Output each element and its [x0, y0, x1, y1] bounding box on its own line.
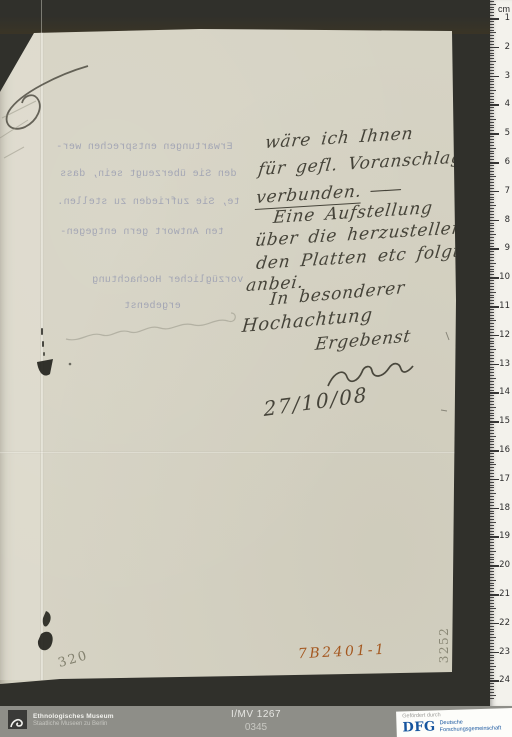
ruler-tick: [490, 436, 496, 437]
ruler-tick: [490, 326, 494, 327]
ruler-tick: [490, 562, 494, 563]
ruler-tick: [490, 240, 494, 241]
ruler-tick: [490, 444, 494, 445]
ruler-tick: [490, 44, 494, 45]
ruler-tick: [490, 248, 499, 250]
ruler-tick: [490, 214, 494, 215]
ruler-tick: [490, 297, 494, 298]
ruler-tick: [490, 456, 494, 457]
ruler-tick: [490, 266, 494, 267]
ruler-tick: [490, 637, 496, 638]
ruler-tick: [490, 312, 494, 313]
ruler-tick: [490, 390, 494, 391]
ruler-number: 21: [499, 589, 510, 599]
ruler-tick: [490, 375, 494, 376]
ruler-tick: [490, 450, 499, 452]
funding-org-line: Forschungsgemeinschaft: [440, 725, 502, 733]
ruler-tick: [490, 617, 494, 618]
ruler-tick: [490, 660, 494, 661]
ruler-tick: [490, 76, 499, 78]
ruler-tick: [490, 557, 494, 558]
ruler-tick: [490, 381, 494, 382]
ruler-tick: [490, 421, 499, 423]
ruler-tick: [490, 269, 494, 270]
ruler-number: 20: [499, 560, 510, 570]
ruler-tick: [490, 306, 499, 308]
ruler-tick: [490, 554, 494, 555]
ruler-tick: [490, 246, 494, 247]
ruler-tick: [490, 185, 494, 186]
handwriting-line: Ergebenst: [314, 326, 412, 355]
ruler-number: 8: [505, 215, 510, 225]
ruler-tick: [490, 640, 494, 641]
ruler-tick: [490, 439, 494, 440]
ruler-tick: [490, 251, 494, 252]
pencil-annotation: 320: [57, 648, 91, 671]
ruler-tick: [490, 81, 494, 82]
ruler-tick: [490, 413, 494, 414]
ruler-tick: [490, 41, 494, 42]
ruler-tick: [490, 692, 494, 693]
ruler-tick: [490, 528, 494, 529]
bleedthrough-line: te, Sie zufrieden zu stellen.: [57, 197, 240, 208]
ruler-tick: [490, 565, 499, 567]
ruler-tick: [490, 597, 494, 598]
ruler-tick: [490, 588, 494, 589]
ruler-tick: [490, 171, 494, 172]
mirrored-signature-stroke: [66, 313, 235, 340]
ruler-tick: [490, 38, 494, 39]
ruler-tick: [490, 606, 494, 607]
ruler-tick: [490, 332, 494, 333]
ruler-number: 14: [499, 387, 510, 397]
ruler-number: 1: [505, 13, 510, 23]
ruler-tick: [490, 53, 494, 54]
ruler-tick: [490, 493, 496, 494]
ruler-tick: [490, 295, 494, 296]
ruler-tick: [490, 367, 494, 368]
ruler-number: 10: [499, 272, 510, 282]
handwriting-line: wäre ich Ihnen: [264, 124, 414, 153]
ruler-tick: [490, 683, 494, 684]
scanner-artifact-line: [41, 0, 42, 36]
ruler-tick: [490, 202, 494, 203]
ruler-tick: [490, 61, 496, 62]
ruler-tick: [490, 136, 494, 137]
ruler-tick: [490, 27, 494, 28]
ruler-tick: [490, 623, 499, 625]
ruler-tick: [490, 551, 496, 552]
ruler-tick: [490, 689, 494, 690]
ruler-tick: [490, 369, 494, 370]
ruler-number: 18: [499, 503, 510, 513]
footer-bar: Ethnologisches Museum Staatliche Museen …: [0, 706, 512, 737]
ruler-number: 15: [499, 416, 510, 426]
ruler-tick: [490, 9, 494, 10]
ruler-tick: [490, 600, 494, 601]
ruler-tick: [490, 231, 494, 232]
ruler-tick: [490, 663, 494, 664]
ruler-tick: [490, 404, 494, 405]
ruler-tick: [490, 254, 494, 255]
ruler-tick: [490, 142, 494, 143]
funding-org-name: Deutsche Forschungsgemeinschaft: [439, 718, 501, 733]
ruler-tick: [490, 459, 494, 460]
ruler-tick: [490, 30, 494, 31]
ruler-tick: [490, 594, 499, 596]
ruler-tick: [490, 338, 494, 339]
ruler-tick: [490, 243, 494, 244]
ruler-tick: [490, 490, 494, 491]
ruler-tick: [490, 626, 494, 627]
ruler-tick: [490, 424, 494, 425]
ruler-tick: [490, 87, 494, 88]
ruler-tick: [490, 464, 496, 465]
ruler-tick: [490, 208, 494, 209]
ruler-tick: [490, 300, 494, 301]
ruler-tick: [490, 631, 494, 632]
ruler-number: 22: [499, 618, 510, 628]
ruler-tick: [490, 467, 494, 468]
ruler-tick: [490, 257, 494, 258]
ruler-tick: [490, 133, 499, 135]
ruler-tick: [490, 580, 496, 581]
ruler-tick: [490, 323, 494, 324]
ruler-tick: [490, 395, 494, 396]
ruler-tick: [490, 4, 496, 5]
ruler-tick: [490, 188, 494, 189]
ruler-tick: [490, 289, 494, 290]
ruler-tick: [490, 415, 494, 416]
ruler-tick: [490, 199, 494, 200]
ruler-tick: [490, 536, 499, 538]
ruler-tick: [490, 672, 494, 673]
ruler-tick: [490, 508, 499, 510]
ruler-tick: [490, 79, 494, 80]
ruler-tick: [490, 7, 494, 8]
ruler-tick: [490, 73, 494, 74]
ruler-tick: [490, 55, 494, 56]
ruler-tick: [490, 559, 494, 560]
ruler-tick: [490, 487, 494, 488]
ruler-tick: [490, 479, 499, 481]
ruler-tick: [490, 197, 494, 198]
ruler-tick: [490, 260, 494, 261]
inventory-annotation: 7B2401-1: [298, 642, 387, 663]
ruler-tick: [490, 548, 494, 549]
ruler-tick: [490, 545, 494, 546]
ruler-tick: [490, 378, 496, 379]
ruler-tick: [490, 168, 494, 169]
ruler-tick: [490, 614, 494, 615]
ruler-tick: [490, 119, 496, 120]
ruler-tick: [490, 516, 494, 517]
ruler-tick: [490, 349, 496, 350]
ruler-tick: [490, 47, 499, 49]
ruler-tick: [490, 473, 494, 474]
ruler-tick: [490, 513, 494, 514]
ruler-tick: [490, 50, 494, 51]
ruler-tick: [490, 102, 494, 103]
ruler-tick: [490, 453, 494, 454]
ruler-tick: [490, 695, 496, 696]
ruler-tick: [490, 165, 494, 166]
ruler-tick: [490, 263, 496, 264]
ruler-tick: [490, 176, 496, 177]
ruler-tick: [490, 286, 494, 287]
scan-viewport: Erwartungen entsprechen wer- den Sie übe…: [0, 0, 512, 737]
ruler-tick: [490, 32, 496, 33]
horizontal-fold-crease: [0, 451, 456, 454]
letter-page: Erwartungen entsprechen wer- den Sie übe…: [0, 0, 512, 737]
ruler-tick: [490, 194, 494, 195]
ruler-number: 17: [499, 474, 510, 484]
ruler-tick: [490, 303, 494, 304]
ruler-number: 24: [499, 675, 510, 685]
ruler-tick: [490, 335, 499, 337]
ruler-number: 13: [499, 359, 510, 369]
ruler-number: 9: [505, 243, 510, 253]
ruler-tick: [490, 410, 494, 411]
ruler-tick: [490, 583, 494, 584]
bleedthrough-line: ergebenst: [124, 301, 181, 312]
ruler-tick: [490, 669, 494, 670]
ruler-tick: [490, 139, 494, 140]
ruler-tick: [490, 1, 494, 2]
pen-tick: [441, 332, 449, 411]
ruler-tick: [490, 407, 496, 408]
ruler-tick: [490, 217, 494, 218]
ruler-tick: [490, 646, 494, 647]
ruler-tick: [490, 372, 494, 373]
ruler-tick: [490, 496, 494, 497]
ink-speck: [69, 363, 72, 366]
ruler-tick: [490, 228, 494, 229]
ruler-tick: [490, 511, 494, 512]
ruler-tick: [490, 223, 494, 224]
ruler-tick: [490, 174, 494, 175]
ruler-tick: [490, 346, 494, 347]
ruler-tick: [490, 237, 494, 238]
ruler-tick: [490, 205, 496, 206]
ruler-number: 2: [505, 42, 510, 52]
ruler-tick: [490, 58, 494, 59]
ruler-tick: [490, 122, 494, 123]
ruler-tick: [490, 502, 494, 503]
funding-logo-block: Gefördert durch DFG Deutsche Forschungsg…: [396, 708, 512, 737]
ruler-tick: [490, 156, 494, 157]
ruler-tick: [490, 603, 494, 604]
ruler-tick: [490, 427, 494, 428]
ruler-tick: [490, 462, 494, 463]
ruler-tick: [490, 220, 499, 222]
ruler-number: 7: [505, 186, 510, 196]
ruler-tick: [490, 84, 494, 85]
ruler-tick: [490, 64, 494, 65]
ruler-tick: [490, 280, 494, 281]
ruler-tick: [490, 12, 494, 13]
ruler-tick: [490, 430, 494, 431]
ruler-tick: [490, 392, 499, 394]
ruler-tick: [490, 666, 496, 667]
ruler-tick: [490, 110, 494, 111]
ruler-tick: [490, 482, 494, 483]
bleedthrough-line: den Sie überzeugt sein, dass: [60, 169, 236, 180]
ruler-tick: [490, 505, 494, 506]
ruler-tick: [490, 401, 494, 402]
ruler-tick: [490, 343, 494, 344]
ruler-tick: [490, 358, 494, 359]
ruler-tick: [490, 182, 494, 183]
ruler-tick: [490, 99, 494, 100]
ruler-tick: [490, 320, 496, 321]
ruler-tick: [490, 292, 496, 293]
ruler-tick: [490, 499, 494, 500]
ruler-tick: [490, 107, 494, 108]
ruler-tick: [490, 634, 494, 635]
ruler-tick: [490, 21, 494, 22]
ruler-tick: [490, 153, 494, 154]
ruler-tick: [490, 90, 496, 91]
handwritten-date: 27/10/08: [263, 382, 369, 421]
ruler-number: 19: [499, 531, 510, 541]
ruler-tick: [490, 93, 494, 94]
bleedthrough-line: Erwartungen entsprechen wer-: [56, 142, 232, 153]
ruler-tick: [490, 680, 499, 682]
ruler-tick: [490, 329, 494, 330]
ruler-number: 12: [499, 330, 510, 340]
ruler-tick: [490, 698, 494, 699]
ruler-tick: [490, 309, 494, 310]
ruler-tick: [490, 159, 494, 160]
ruler-tick: [490, 145, 494, 146]
ruler-tick: [490, 127, 494, 128]
ruler-tick: [490, 148, 496, 149]
ruler-tick: [490, 649, 494, 650]
ruler-number: 3: [505, 71, 510, 81]
ruler-number: 6: [505, 157, 510, 167]
ruler-tick: [490, 18, 499, 20]
ruler-tick: [490, 96, 494, 97]
ruler-tick: [490, 352, 494, 353]
vertical-fold-crease: [40, 30, 44, 680]
ruler-tick: [490, 225, 494, 226]
ruler-tick: [490, 574, 494, 575]
ruler-tick: [490, 125, 494, 126]
ruler-tick: [490, 441, 494, 442]
ruler-tick: [490, 643, 494, 644]
ruler-tick: [490, 542, 494, 543]
ruler-tick: [490, 361, 494, 362]
ruler-tick: [490, 162, 499, 164]
signature-stroke: [328, 364, 413, 386]
ruler-tick: [490, 274, 494, 275]
paper-left-tone: [0, 30, 42, 680]
ruler-tick: [490, 519, 494, 520]
bleedthrough-line: ten Antwort gern entgegen-: [60, 227, 224, 238]
ruler-tick: [490, 485, 494, 486]
ruler-tick: [490, 418, 494, 419]
ruler-tick: [490, 525, 494, 526]
ruler-tick: [490, 116, 494, 117]
ruler-tick: [490, 433, 494, 434]
ruler-tick: [490, 522, 496, 523]
bleedthrough-line: vorzüglicher Hochachtung: [92, 275, 243, 286]
ruler-tick: [490, 15, 494, 16]
ruler-tick: [490, 283, 494, 284]
ruler-tick: [490, 277, 499, 279]
ruler-tick: [490, 191, 499, 193]
ruler-tick: [490, 113, 494, 114]
ruler-tick: [490, 104, 499, 106]
ruler-tick: [490, 70, 494, 71]
ruler-tick: [490, 355, 494, 356]
ruler-tick: [490, 341, 494, 342]
ruler-number: 23: [499, 647, 510, 657]
ruler-tick: [490, 608, 496, 609]
ruler-tick: [490, 398, 494, 399]
ruler-tick: [490, 611, 494, 612]
ruler-tick: [490, 130, 494, 131]
ruler-tick: [490, 652, 499, 654]
ruler-tick: [490, 657, 494, 658]
ruler-tick: [490, 387, 494, 388]
ruler-tick: [490, 24, 494, 25]
ruler-tick: [490, 35, 494, 36]
ruler-tick: [490, 577, 494, 578]
ruler-number: 4: [505, 99, 510, 109]
ruler-tick: [490, 675, 494, 676]
ruler-tick: [490, 686, 494, 687]
ruler-tick: [490, 534, 494, 535]
dfg-logo: DFG: [402, 719, 436, 735]
ruler-tick: [490, 234, 496, 235]
handwriting-line: für gefl. Voranschlag: [257, 147, 464, 180]
ruler-tick: [490, 678, 494, 679]
ruler-tick: [490, 539, 494, 540]
pencil-annotation-vertical: 3252: [437, 621, 451, 669]
ruler: cm 1234567891011121314151617181920212223…: [490, 0, 512, 706]
ruler-tick: [490, 585, 494, 586]
ruler-tick: [490, 384, 494, 385]
ruler-tick: [490, 67, 494, 68]
ruler-tick: [490, 447, 494, 448]
ruler-tick: [490, 620, 494, 621]
ruler-number: 5: [505, 128, 510, 138]
ruler-tick: [490, 476, 494, 477]
handwritten-dash: ——: [369, 179, 401, 201]
ruler-tick: [490, 470, 494, 471]
ruler-number: 11: [499, 301, 510, 311]
ruler-tick: [490, 568, 494, 569]
ruler-tick: [490, 179, 494, 180]
ruler-tick: [490, 271, 494, 272]
ruler-tick: [490, 629, 494, 630]
ruler-tick: [490, 315, 494, 316]
ruler-tick: [490, 211, 494, 212]
ruler-tick: [490, 318, 494, 319]
ruler-tick: [490, 591, 494, 592]
ruler-number: 16: [499, 445, 510, 455]
ruler-tick: [490, 571, 494, 572]
ruler-tick: [490, 151, 494, 152]
ruler-tick: [490, 531, 494, 532]
ruler-tick: [490, 655, 494, 656]
ruler-tick: [490, 364, 499, 366]
